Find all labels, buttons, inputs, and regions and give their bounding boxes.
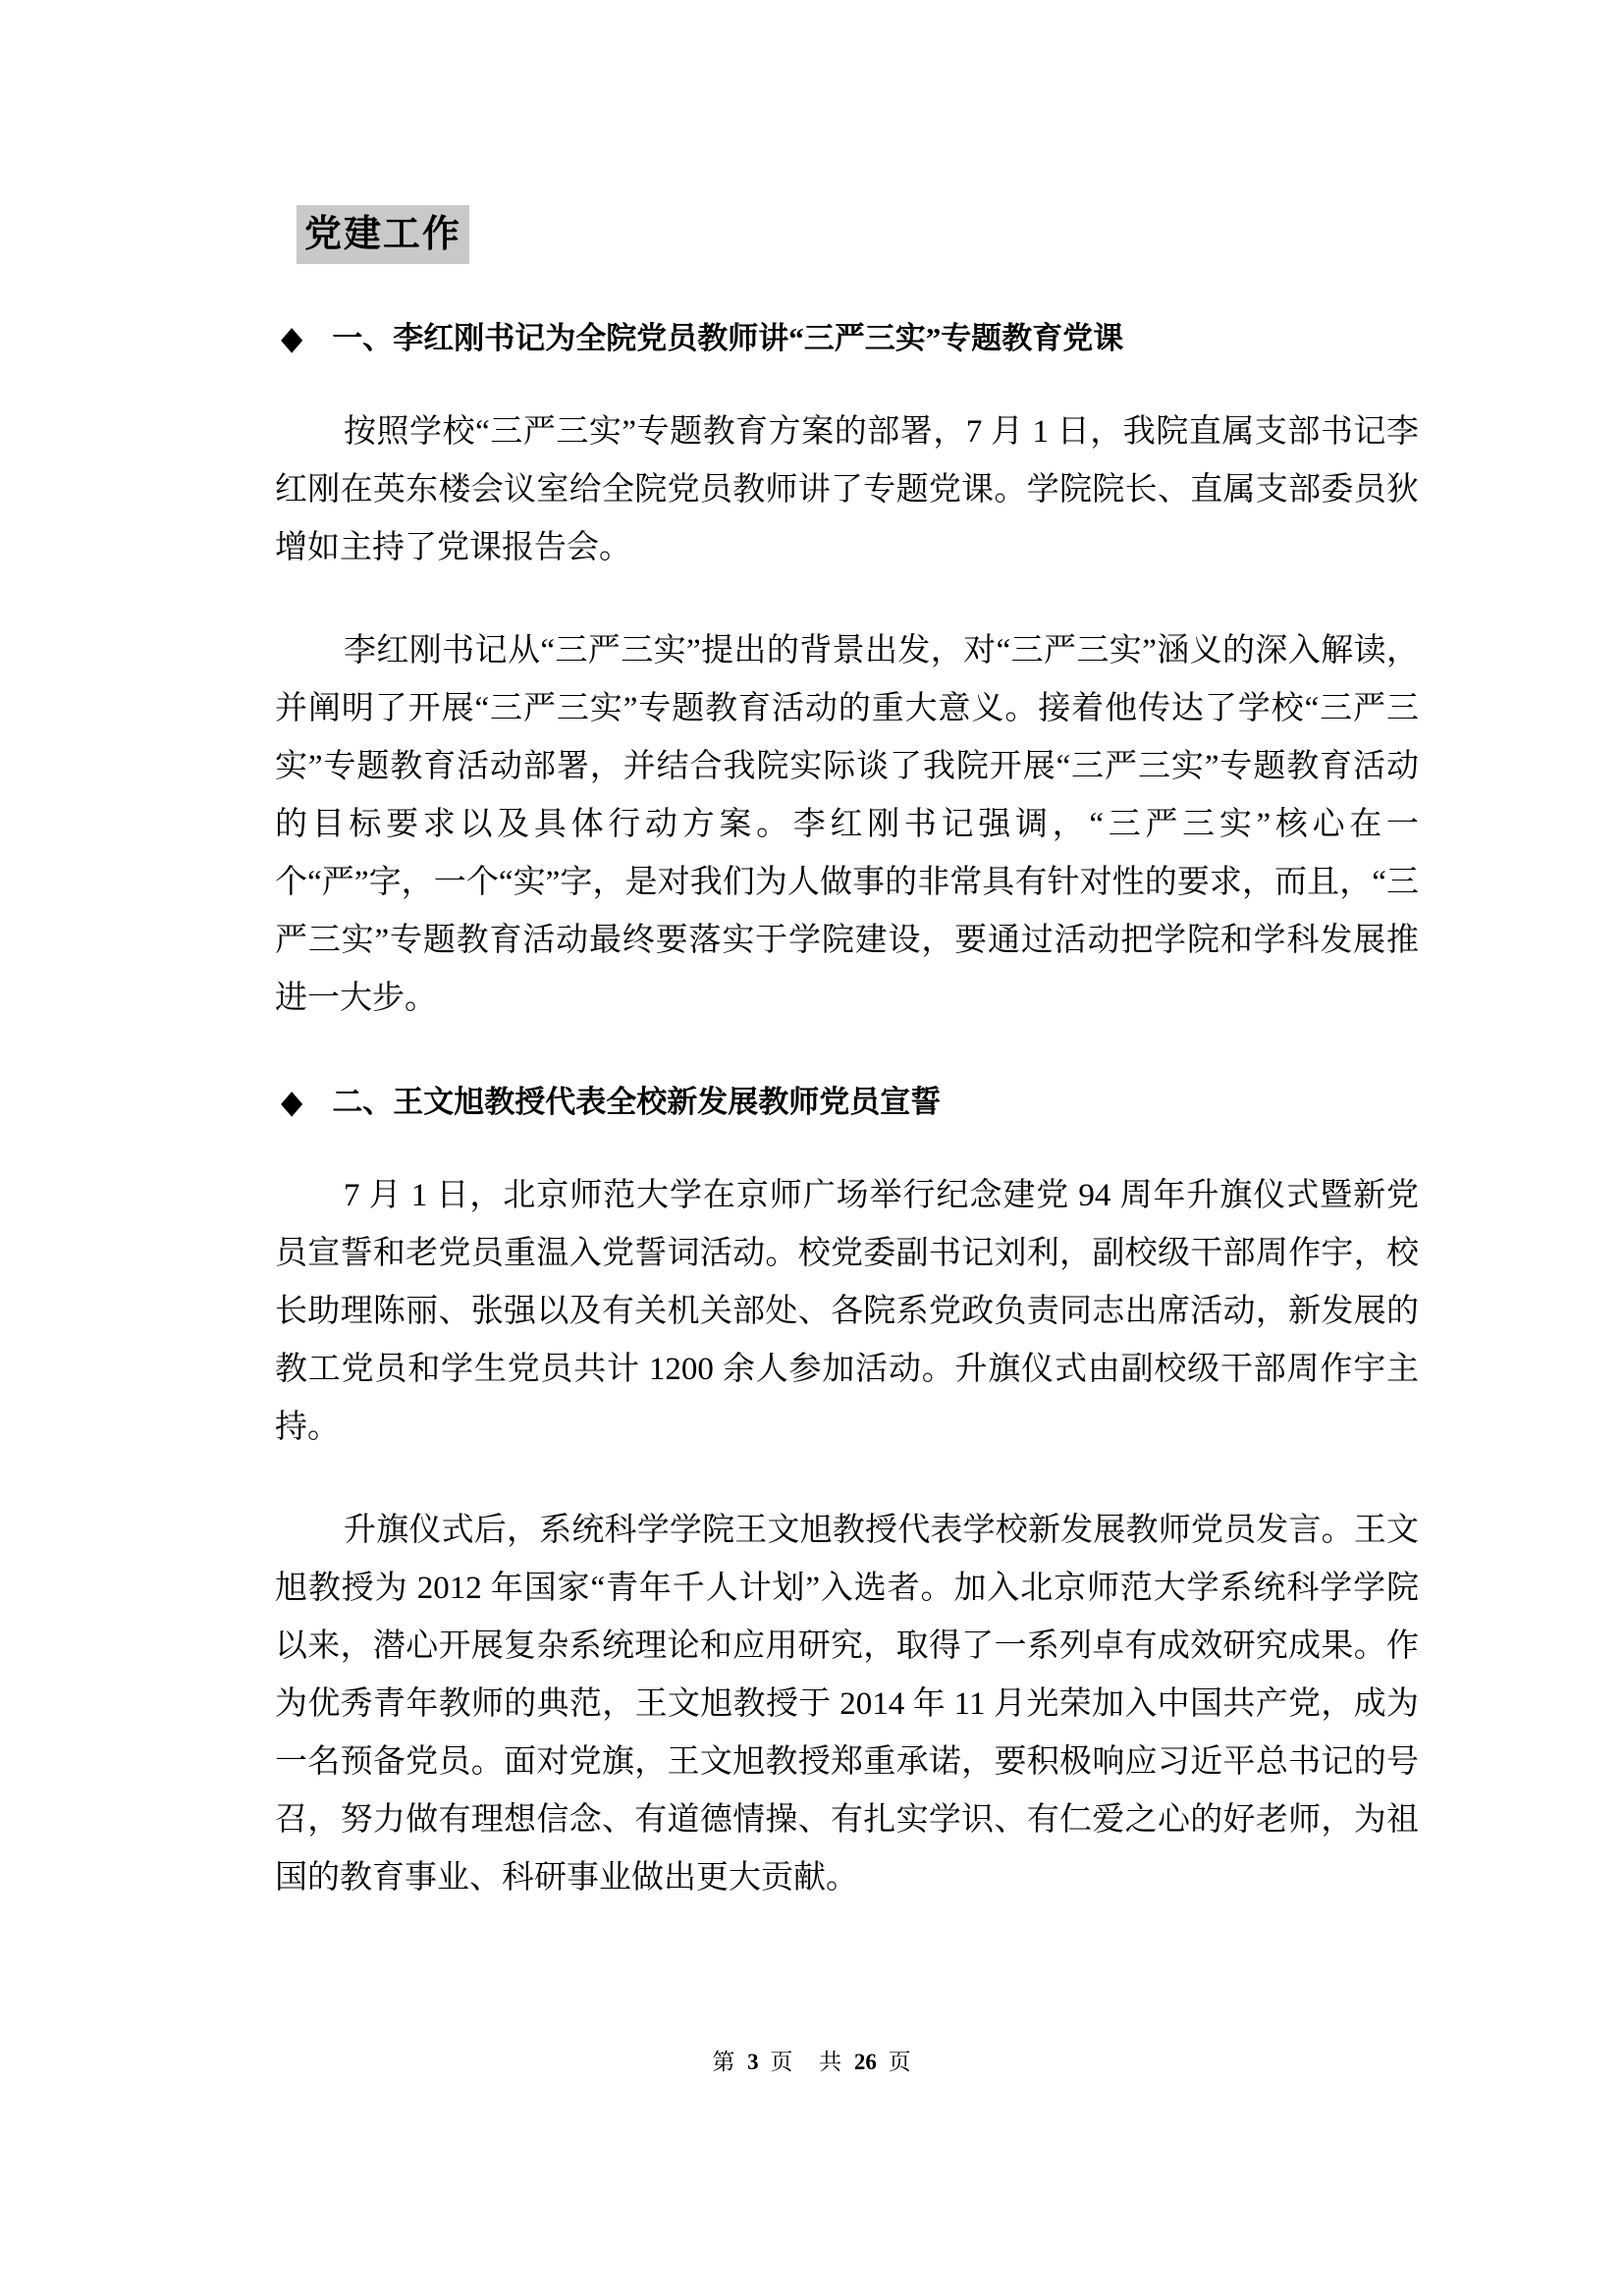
section-heading-1: ◆ 一、李红刚书记为全院党员教师讲“三严三实”专题教育党课 [275,319,1419,358]
footer-label-page: 第 [712,2050,735,2074]
page-footer: 第 3 页 共 26 页 [0,2048,1624,2077]
diamond-bullet-icon: ◆ [281,1080,302,1125]
footer-label-total-unit: 页 [889,2050,912,2074]
section-heading-2-text: 二、王文旭教授代表全校新发展教师党员宣誓 [332,1083,941,1122]
diamond-bullet-icon: ◆ [281,316,302,361]
section-heading-1-text: 一、李红刚书记为全院党员教师讲“三严三实”专题教育党课 [332,319,1123,358]
footer-label-page-unit: 页 [770,2050,793,2074]
section-1-paragraph-2: 李红刚书记从“三严三实”提出的背景出发，对“三严三实”涵义的深入解读，并阐明了开… [275,622,1419,1028]
footer-label-total: 共 [819,2050,842,2074]
footer-current-page-number: 3 [747,2050,759,2074]
footer-total-pages-number: 26 [854,2050,877,2074]
section-1-paragraph-1: 按照学校“三严三实”专题教育方案的部署，7 月 1 日，我院直属支部书记李红刚在… [275,403,1419,577]
document-title: 党建工作 [297,205,469,264]
section-2-paragraph-1: 7 月 1 日，北京师范大学在京师广场举行纪念建党 94 周年升旗仪式暨新党员宣… [275,1167,1419,1457]
document-content: 党建工作 ◆ 一、李红刚书记为全院党员教师讲“三严三实”专题教育党课 按照学校“… [275,205,1419,1907]
document-page: 党建工作 ◆ 一、李红刚书记为全院党员教师讲“三严三实”专题教育党课 按照学校“… [0,0,1624,2296]
section-2-paragraph-2: 升旗仪式后，系统科学学院王文旭教授代表学校新发展教师党员发言。王文旭教授为 20… [275,1502,1419,1907]
section-heading-2: ◆ 二、王文旭教授代表全校新发展教师党员宣誓 [275,1083,1419,1122]
